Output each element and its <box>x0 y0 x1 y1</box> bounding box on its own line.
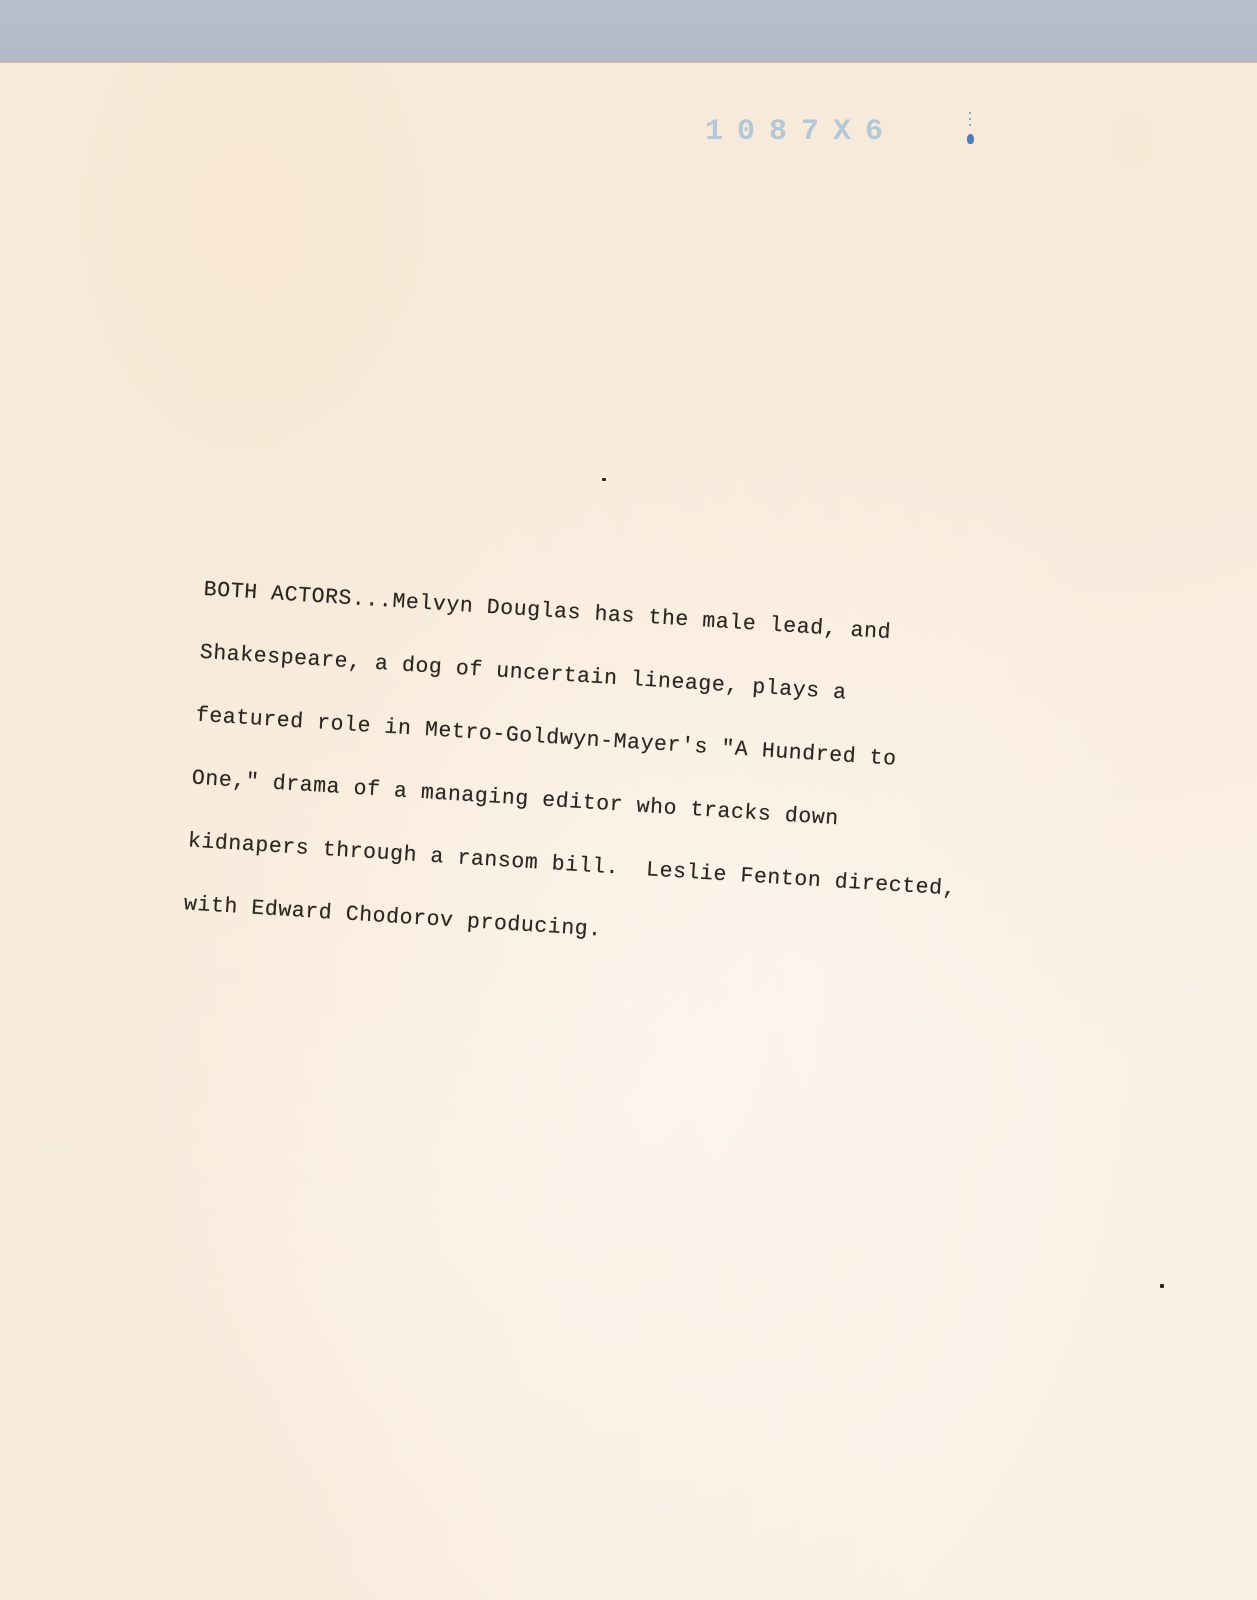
caption-line: kidnapers through a ransom bill. Leslie … <box>187 831 956 900</box>
caption-line: One," drama of a managing editor who tra… <box>191 769 960 838</box>
ink-speck <box>1160 1284 1164 1288</box>
caption-line: BOTH ACTORS...Melvyn Douglas has the mal… <box>203 580 972 649</box>
stamp-code: 1087X6 <box>705 115 897 149</box>
caption-line: Shakespeare, a dog of uncertain lineage,… <box>199 643 968 712</box>
scan-background <box>0 0 1257 62</box>
caption-line: featured role in Metro-Goldwyn-Mayer's "… <box>195 706 964 775</box>
caption-text: BOTH ACTORS...Melvyn Douglas has the mal… <box>182 538 975 985</box>
stamp-mark-icon <box>967 112 973 148</box>
ink-speck <box>602 478 606 481</box>
